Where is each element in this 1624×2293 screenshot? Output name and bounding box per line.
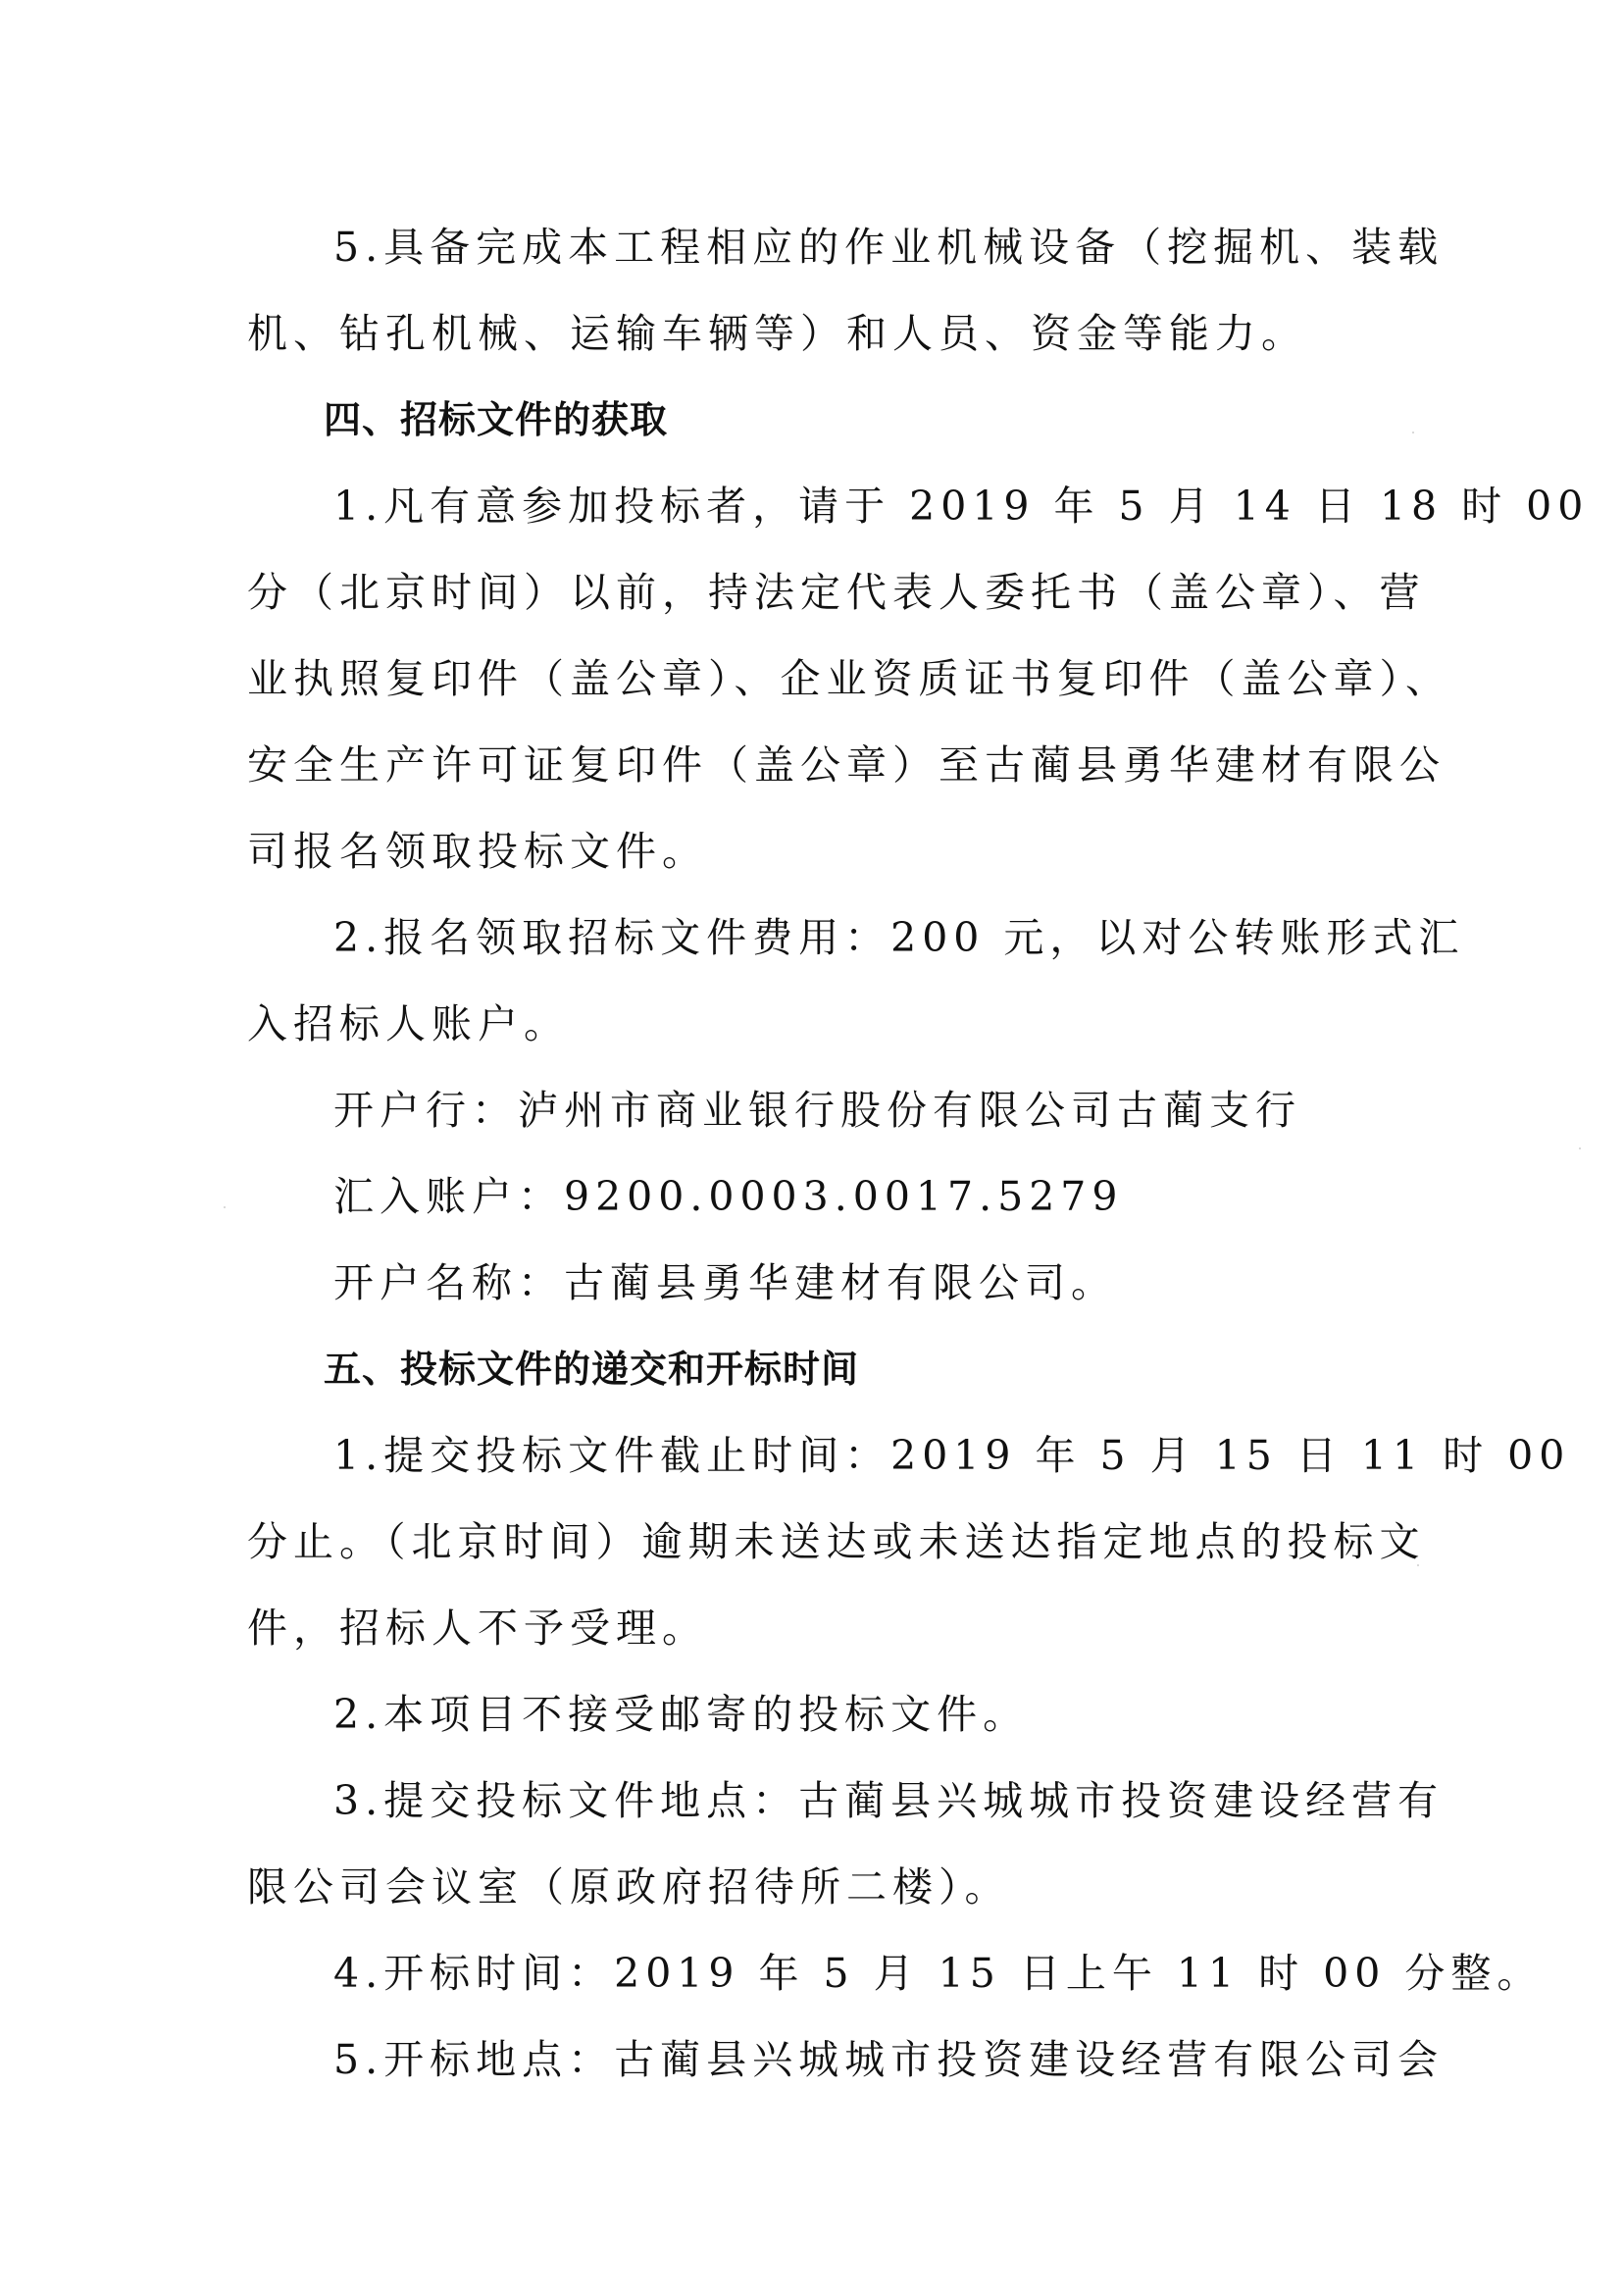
paragraph-line: 件，招标人不予受理。 xyxy=(247,1599,1385,1657)
paragraph-line: 分（北京时间）以前，持法定代表人委托书（盖公章）、营 xyxy=(247,563,1385,622)
paragraph-line-no-mail: 2.本项目不接受邮寄的投标文件。 xyxy=(333,1685,1471,1744)
scan-speck xyxy=(1579,1147,1581,1149)
paragraph-line: 机、钻孔机械、运输车辆等）和人员、资金等能力。 xyxy=(247,304,1385,363)
paragraph-line-equipment: 5.具备完成本工程相应的作业机械设备（挖掘机、装载 xyxy=(333,218,1471,277)
account-number-line: 汇入账户：9200.0003.0017.5279 xyxy=(333,1167,1471,1226)
paragraph-line: 分止。（北京时间）逾期未送达或未送达指定地点的投标文 xyxy=(247,1512,1385,1571)
paragraph-line: 入招标人账户。 xyxy=(247,994,1385,1053)
section-heading-submission: 五、投标文件的递交和开标时间 xyxy=(324,1340,1461,1399)
paragraph-line: 安全生产许可证复印件（盖公章）至古蔺县勇华建材有限公 xyxy=(247,736,1385,794)
paragraph-line: 司报名领取投标文件。 xyxy=(247,822,1385,881)
paragraph-line: 业执照复印件（盖公章）、企业资质证书复印件（盖公章）、 xyxy=(247,649,1385,708)
paragraph-line-deadline: 1.提交投标文件截止时间：2019 年 5 月 15 日 11 时 00 xyxy=(333,1426,1471,1485)
paragraph-line-opening-time: 4.开标时间：2019 年 5 月 15 日上午 11 时 00 分整。 xyxy=(333,1944,1471,2003)
scan-speck xyxy=(1412,432,1414,433)
scan-speck xyxy=(1417,1564,1419,1566)
paragraph-line-submission-location: 3.提交投标文件地点：古蔺县兴城城市投资建设经营有 xyxy=(333,1771,1471,1830)
paragraph-line: 限公司会议室（原政府招待所二楼）。 xyxy=(247,1858,1385,1916)
scan-speck xyxy=(224,1206,226,1208)
paragraph-line-fee: 2.报名领取招标文件费用：200 元，以对公转账形式汇 xyxy=(333,908,1471,967)
document-page: 5.具备完成本工程相应的作业机械设备（挖掘机、装载 机、钻孔机械、运输车辆等）和… xyxy=(0,0,1624,2293)
section-heading-obtain-documents: 四、招标文件的获取 xyxy=(324,390,1461,449)
paragraph-line-registration: 1.凡有意参加投标者，请于 2019 年 5 月 14 日 18 时 00 xyxy=(333,477,1471,535)
account-name-line: 开户名称：古蔺县勇华建材有限公司。 xyxy=(333,1253,1471,1312)
bank-name-line: 开户行：泸州市商业银行股份有限公司古蔺支行 xyxy=(333,1081,1471,1140)
paragraph-line-opening-location: 5.开标地点：古蔺县兴城城市投资建设经营有限公司会 xyxy=(333,2030,1471,2089)
